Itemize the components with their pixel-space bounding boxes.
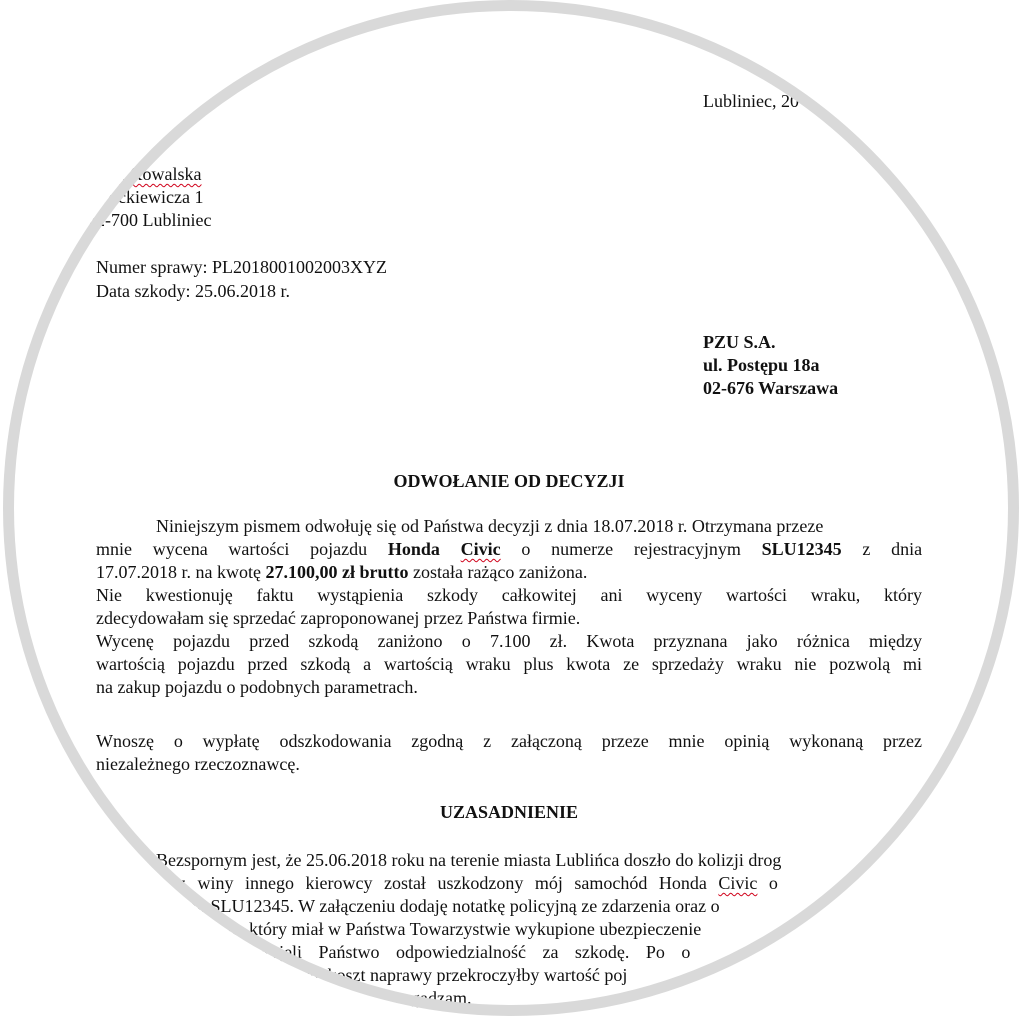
case-number: Numer sprawy: PL2018001002003XYZ xyxy=(96,256,387,279)
body-line: mnie wycena wartości pojazdu Honda Civic… xyxy=(96,538,922,561)
recipient-street: ul. Postępu 18a xyxy=(703,354,820,377)
letter-page: Lubliniec, 20 Grażyna Kowalska ul. Micki… xyxy=(3,0,1019,1016)
justification-line: zyjęli Państwo odpowiedzialność za szkod… xyxy=(262,941,690,964)
recipient-name: PZU S.A. xyxy=(703,331,776,354)
justification-line: m SLU12345. W załączeniu dodaję notatkę … xyxy=(192,895,720,918)
recipient-city: 02-676 Warszawa xyxy=(703,377,838,400)
justification-line: Bezspornym jest, że 25.06.2018 roku na t… xyxy=(156,849,781,872)
justification-line: zgadzam. xyxy=(403,987,471,1010)
damage-date: Data szkody: 25.06.2018 r. xyxy=(96,280,290,303)
sender-name: Grażyna Kowalska xyxy=(64,163,201,186)
sender-city: 42-700 Lubliniec xyxy=(87,209,211,232)
justification-line: ia, który miał w Państwa Towarzystwie wy… xyxy=(227,918,701,941)
body-line: Wycenę pojazdu przed szkodą zaniżono o 7… xyxy=(96,630,922,653)
body-line: Wnoszę o wypłatę odszkodowania zgodną z … xyxy=(96,730,922,753)
body-line: na zakup pojazdu o podobnych parametrach… xyxy=(96,676,418,699)
body-line: Niniejszym pismem odwołuję się od Państw… xyxy=(156,515,823,538)
body-line: wartością pojazdu przed szkodą a wartośc… xyxy=(96,653,922,676)
body-line: 17.07.2018 r. na kwotę 27.100,00 zł brut… xyxy=(96,561,587,584)
body-line: zdecydowałam się sprzedać zaproponowanej… xyxy=(96,607,580,630)
place-date: Lubliniec, 20 xyxy=(703,90,799,113)
justification-line: z winy innego kierowcy został uszkodzony… xyxy=(178,872,778,895)
section-title: UZASADNIENIE xyxy=(96,801,922,824)
document-viewport: Lubliniec, 20 Grażyna Kowalska ul. Micki… xyxy=(3,0,1019,1016)
sender-street: ul. Mickiewicza 1 xyxy=(74,186,203,209)
letter-title: ODWOŁANIE OD DECYZJI xyxy=(96,470,922,493)
body-line: Nie kwestionuję faktu wystąpienia szkody… xyxy=(96,584,922,607)
justification-line: że koszt naprawy przekroczyłby wartość p… xyxy=(307,964,627,987)
body-line: niezależnego rzeczoznawcę. xyxy=(96,753,300,776)
